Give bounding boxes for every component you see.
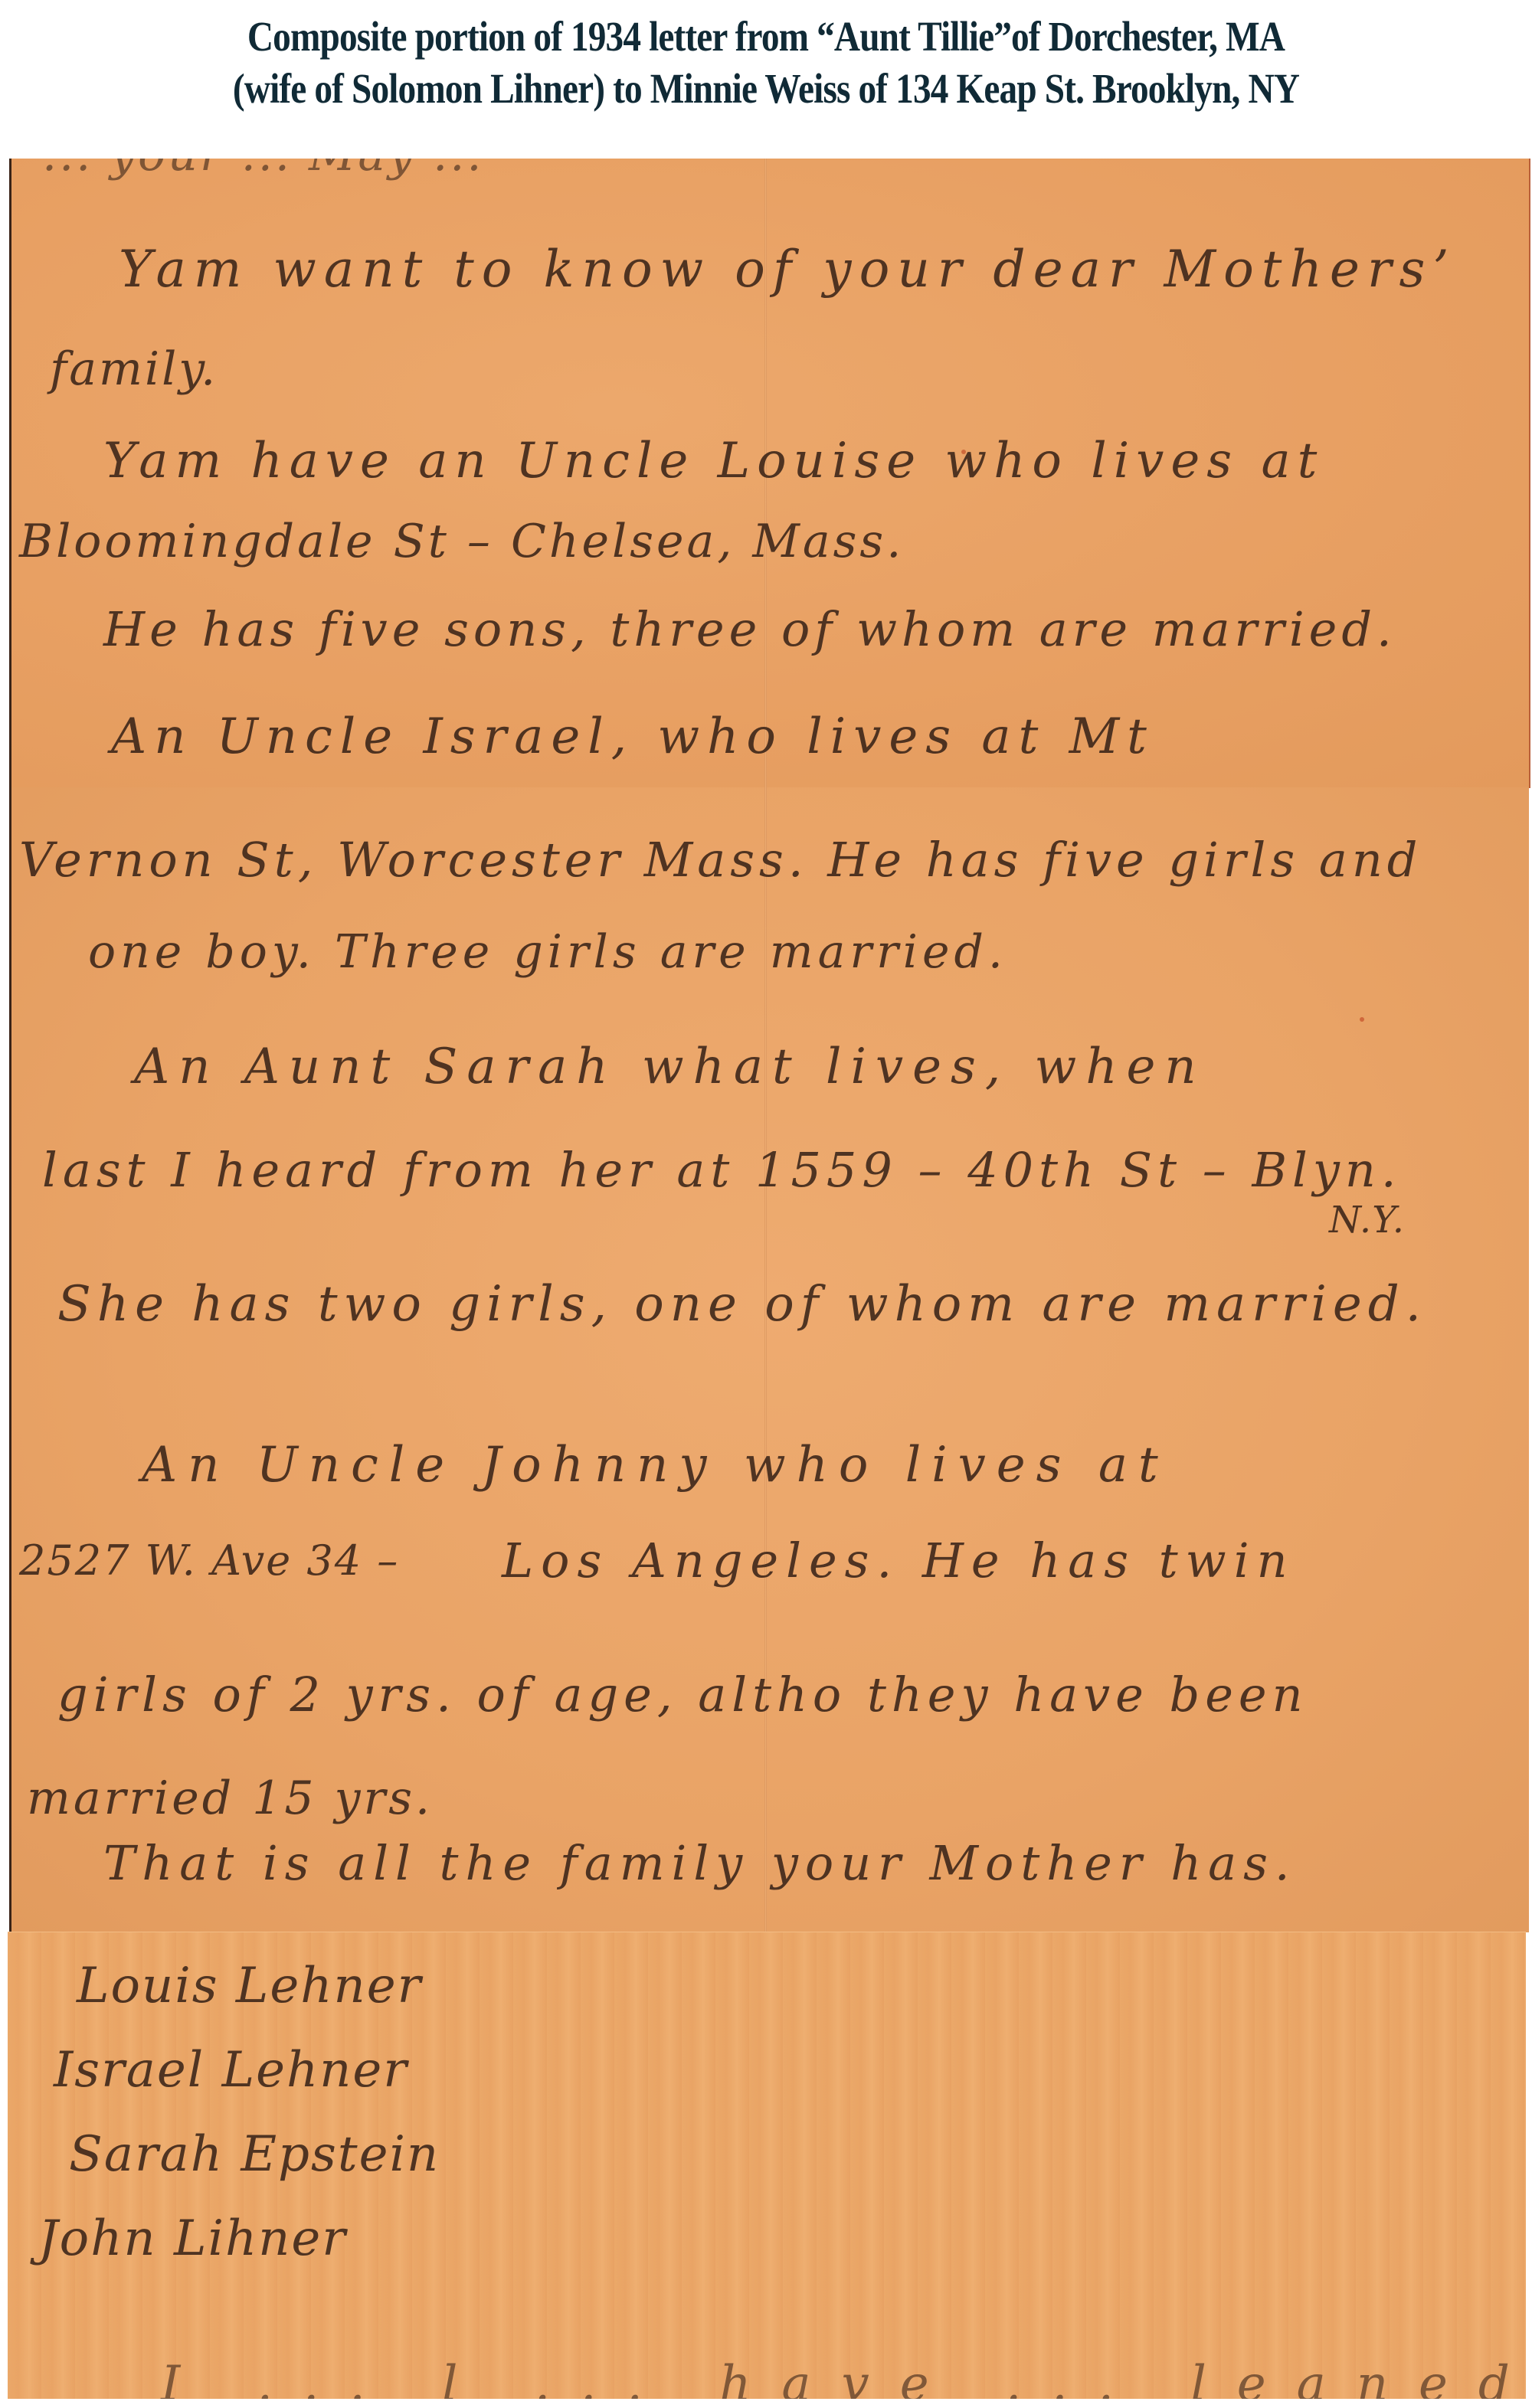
letter-line-cutoff: I ... l ... have ... leaned bbox=[161, 2357, 1526, 2399]
letter-line: Yam have an Uncle Louise who lives at bbox=[103, 434, 1324, 488]
letter-line: 2527 W. Ave 34 – bbox=[19, 1534, 399, 1588]
letter-line: She has two girls, one of whom are marri… bbox=[57, 1278, 1427, 1331]
letter-line: N.Y. bbox=[1329, 1193, 1405, 1247]
letter-line: Yam want to know of your dear Mothers’ bbox=[119, 243, 1456, 296]
letter-line: Vernon St, Worcester Mass. He has five g… bbox=[19, 833, 1422, 887]
caption-line-2: (wife of Solomon Lihner) to Minnie Weiss… bbox=[107, 63, 1425, 115]
name-entry: John Lihner bbox=[38, 2212, 347, 2266]
caption-line-1: Composite portion of 1934 letter from “A… bbox=[107, 11, 1425, 63]
letter-line: family. bbox=[50, 342, 218, 396]
letter-line: one boy. Three girls are married. bbox=[88, 925, 1007, 979]
paper-stain bbox=[961, 450, 966, 454]
name-entry: Louis Lehner bbox=[77, 1959, 422, 2013]
letter-panel-middle: Vernon St, Worcester Mass. He has five g… bbox=[9, 787, 1529, 1932]
letter-line: An Aunt Sarah what lives, when bbox=[134, 1040, 1206, 1094]
letter-line: An Uncle Johnny who lives at bbox=[142, 1438, 1169, 1492]
letter-panel-bottom: Louis Lehner Israel Lehner Sarah Epstein… bbox=[8, 1932, 1526, 2399]
letter-line: An Uncle Israel, who lives at Mt bbox=[111, 710, 1154, 764]
name-entry: Sarah Epstein bbox=[69, 2128, 440, 2181]
name-entry: Israel Lehner bbox=[54, 2043, 408, 2097]
letter-line: Los Angeles. He has twin bbox=[502, 1534, 1295, 1588]
letter-line: Bloomingdale St – Chelsea, Mass. bbox=[19, 515, 904, 568]
letter-line-cutoff: ... your ... May ... bbox=[42, 159, 483, 182]
letter-line: That is all the family your Mother has. bbox=[103, 1837, 1297, 1890]
letter-line: married 15 yrs. bbox=[27, 1772, 433, 1825]
letter-line: last I heard from her at 1559 – 40th St … bbox=[42, 1143, 1402, 1197]
paper-stain bbox=[1360, 1017, 1364, 1022]
letter-line: girls of 2 yrs. of age, altho they have … bbox=[57, 1668, 1308, 1722]
letter-line: He has five sons, three of whom are marr… bbox=[103, 603, 1396, 656]
document-caption: Composite portion of 1934 letter from “A… bbox=[107, 0, 1425, 138]
letter-panel-top: ... your ... May ... Yam want to know of… bbox=[9, 159, 1530, 788]
